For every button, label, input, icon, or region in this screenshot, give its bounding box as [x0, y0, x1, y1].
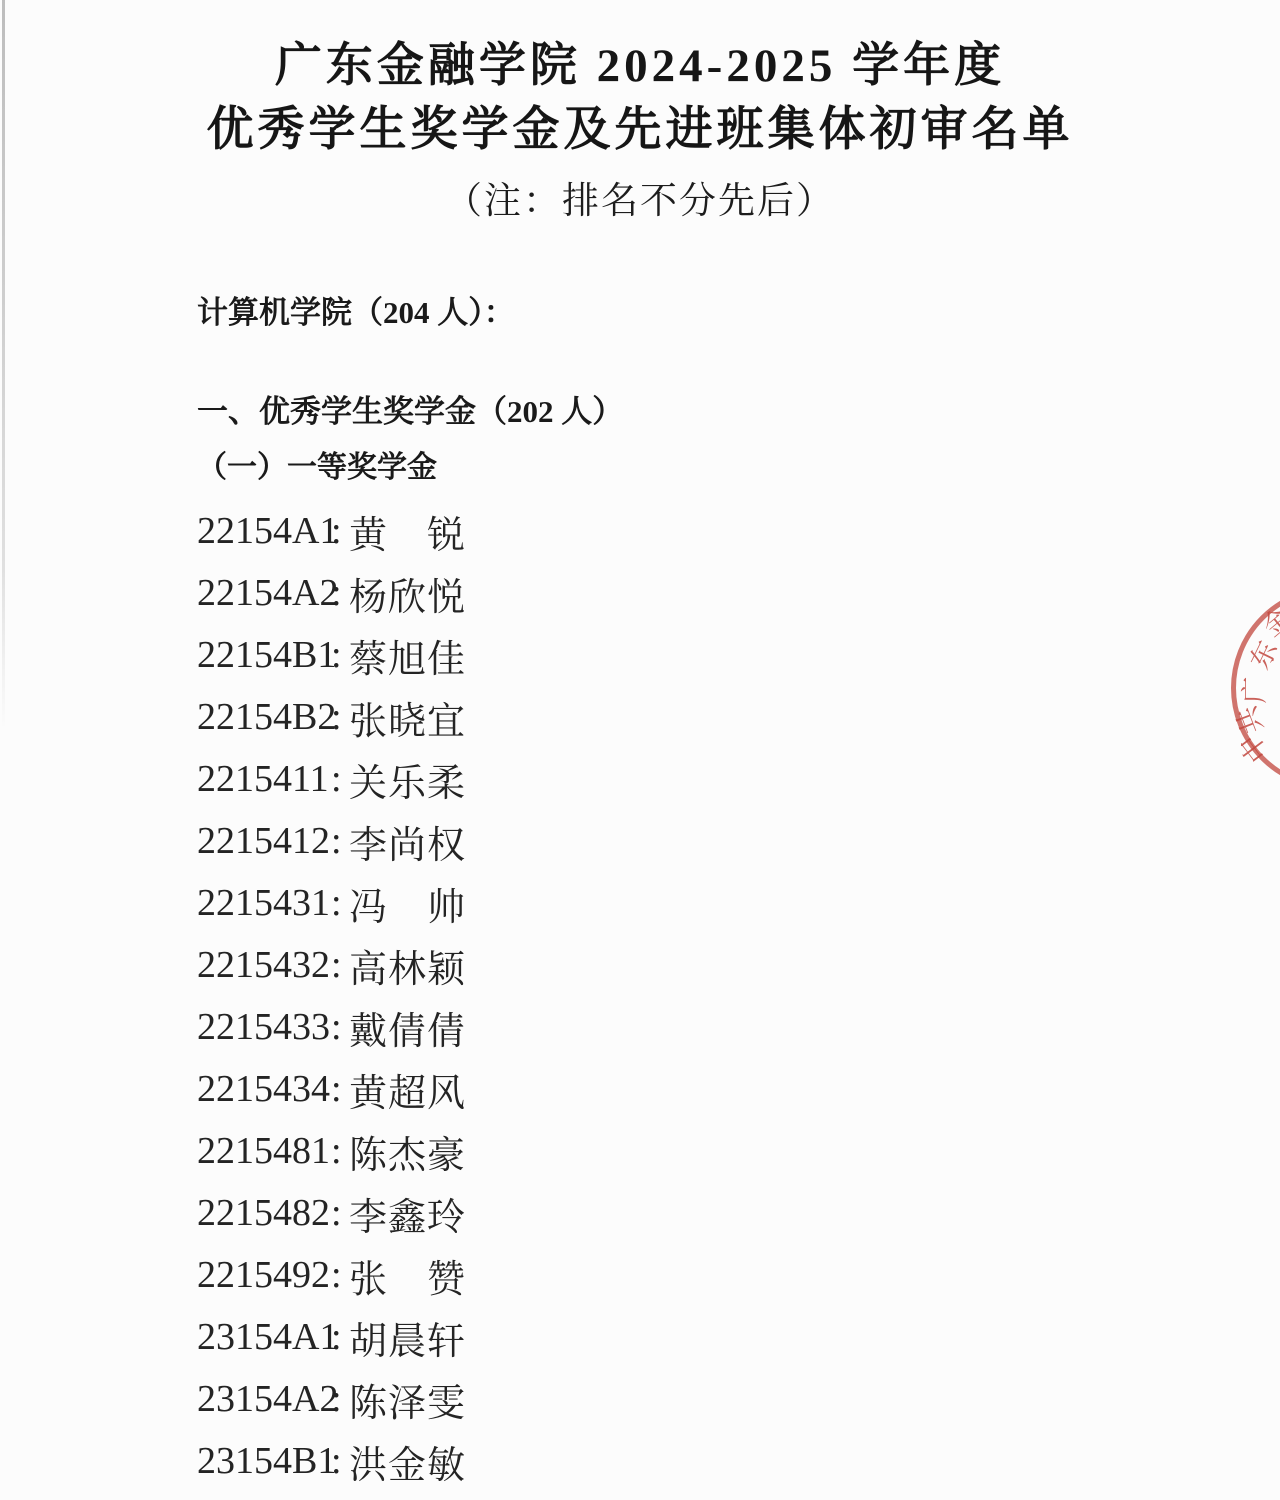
seal-char: 东 — [1244, 635, 1280, 675]
student-id-colon: : — [331, 509, 345, 553]
student-id: 2215433 — [197, 1005, 331, 1049]
seal-text: 中共广东金 — [1231, 586, 1280, 790]
student-row: 22154B1 : 蔡旭佳 — [197, 624, 897, 686]
department-heading: 计算机学院（204 人）： — [197, 287, 515, 332]
student-row: 2215411 : 关乐柔 — [197, 748, 897, 810]
student-name: 胡晨轩 — [349, 1310, 466, 1365]
student-id-colon: : — [331, 633, 345, 677]
seal-char: 中 — [1233, 727, 1275, 769]
seal-ring — [1231, 586, 1280, 790]
student-row: 2215481 : 陈杰豪 — [197, 1120, 897, 1182]
student-id-colon: : — [331, 1067, 345, 1111]
subsection-heading: （一）一等奖学金 — [197, 442, 437, 486]
student-name: 蔡旭佳 — [349, 628, 466, 683]
seal-char: 广 — [1240, 675, 1270, 705]
student-name: 黄超风 — [349, 1062, 466, 1117]
student-id: 2215411 — [197, 757, 331, 801]
student-row: 2215412 : 李尚权 — [197, 810, 897, 872]
student-id: 22154A2 — [197, 571, 331, 615]
student-row: 23154A1 : 胡晨轩 — [197, 1306, 897, 1368]
student-row: 2215431 : 冯 帅 — [197, 872, 897, 934]
student-id-colon: : — [331, 1191, 345, 1235]
student-row: 2215482 : 李鑫玲 — [197, 1182, 897, 1244]
section-heading: 一、优秀学生奖学金（202 人） — [197, 386, 623, 431]
student-row: 22154A1 : 黄 锐 — [197, 500, 897, 562]
student-name: 李鑫玲 — [349, 1186, 466, 1241]
student-row: 2215432 : 高林颖 — [197, 934, 897, 996]
student-name: 陈泽雯 — [349, 1372, 466, 1427]
student-id-colon: : — [331, 757, 345, 801]
student-id-colon: : — [331, 1005, 345, 1049]
student-id: 2215492 — [197, 1253, 331, 1297]
student-id: 23154A1 — [197, 1315, 331, 1359]
title-block: 广东金融学院 2024-2025 学年度 优秀学生奖学金及先进班集体初审名单 （… — [0, 34, 1280, 230]
student-name: 戴倩倩 — [349, 1000, 466, 1055]
student-id-colon: : — [331, 571, 345, 615]
student-id-colon: : — [331, 819, 345, 863]
seal-char: 共 — [1231, 701, 1270, 740]
student-id-colon: : — [331, 881, 345, 925]
student-name: 李尚权 — [349, 814, 466, 869]
student-name: 黄 锐 — [349, 504, 466, 559]
student-id: 2215432 — [197, 943, 331, 987]
student-name: 张晓宜 — [349, 690, 466, 745]
official-seal: 中共广东金 — [1231, 586, 1280, 790]
student-name: 陈杰豪 — [349, 1124, 466, 1179]
student-id: 22154B2 — [197, 695, 331, 739]
student-row: 2215434 : 黄超风 — [197, 1058, 897, 1120]
document-title-line2: 优秀学生奖学金及先进班集体初审名单 — [0, 98, 1280, 162]
student-name: 冯 帅 — [349, 876, 466, 931]
student-name: 关乐柔 — [349, 752, 466, 807]
student-row: 23154A2 : 陈泽雯 — [197, 1368, 897, 1430]
student-id: 2215431 — [197, 881, 331, 925]
seal-char: 金 — [1256, 601, 1280, 643]
student-list: 22154A1 : 黄 锐 22154A2 : 杨欣悦 22154B1 : 蔡旭… — [197, 500, 897, 1492]
student-id-colon: : — [331, 1253, 345, 1297]
student-name: 张 赞 — [349, 1248, 466, 1303]
student-row: 2215492 : 张 赞 — [197, 1244, 897, 1306]
student-row: 23154B1 : 洪金敏 — [197, 1430, 897, 1492]
student-row: 2215433 : 戴倩倩 — [197, 996, 897, 1058]
student-id: 23154A2 — [197, 1377, 331, 1421]
student-name: 杨欣悦 — [349, 566, 466, 621]
student-id-colon: : — [331, 695, 345, 739]
student-name: 洪金敏 — [349, 1434, 466, 1489]
ranking-note: （注：排名不分先后） — [0, 174, 1280, 230]
student-id: 2215412 — [197, 819, 331, 863]
student-id: 23154B1 — [197, 1439, 331, 1483]
student-id: 2215434 — [197, 1067, 331, 1111]
student-name: 高林颖 — [349, 938, 466, 993]
student-id-colon: : — [331, 1315, 345, 1359]
student-row: 22154A2 : 杨欣悦 — [197, 562, 897, 624]
student-id: 22154A1 — [197, 509, 331, 553]
student-id-colon: : — [331, 1377, 345, 1421]
student-id-colon: : — [331, 1129, 345, 1173]
student-row: 22154B2 : 张晓宜 — [197, 686, 897, 748]
student-id: 22154B1 — [197, 633, 331, 677]
document-page: 广东金融学院 2024-2025 学年度 优秀学生奖学金及先进班集体初审名单 （… — [0, 0, 1280, 1500]
student-id: 2215481 — [197, 1129, 331, 1173]
student-id-colon: : — [331, 943, 345, 987]
document-title-line1: 广东金融学院 2024-2025 学年度 — [0, 34, 1280, 98]
student-id: 2215482 — [197, 1191, 331, 1235]
student-id-colon: : — [331, 1439, 345, 1483]
